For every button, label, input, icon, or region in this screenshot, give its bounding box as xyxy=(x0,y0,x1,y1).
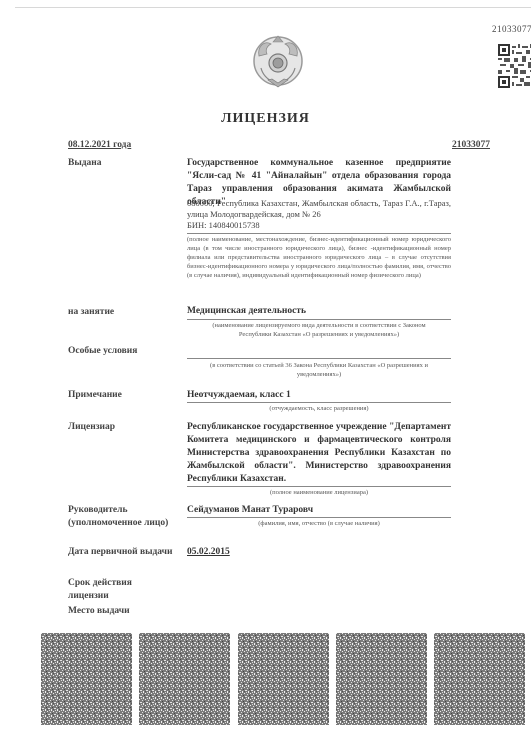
state-emblem-icon xyxy=(251,34,305,90)
document-title: ЛИЦЕНЗИЯ xyxy=(0,111,531,127)
note-value: Неотчуждаемая, класс 1 xyxy=(187,389,451,402)
barcode-icon xyxy=(238,633,329,725)
validity-label: Срок действия лицензии xyxy=(68,577,132,603)
barcode-icon xyxy=(41,633,132,725)
head-label-line2: (уполномоченное лицо) xyxy=(68,517,168,530)
validity-label-line1: Срок действия xyxy=(68,577,132,590)
special-conditions-rule xyxy=(187,358,451,359)
barcode-strip xyxy=(41,633,531,725)
activity-value: Медицинская деятельность xyxy=(187,305,451,318)
issued-to-hint: (полное наименование, местонахождение, б… xyxy=(187,235,451,280)
head-rule xyxy=(187,517,451,518)
issued-to-label: Выдана xyxy=(68,157,102,170)
barcode-icon xyxy=(336,633,427,725)
licensor-value: Республиканское государственное учрежден… xyxy=(187,421,451,486)
special-conditions-hint: (в соответствии со статьей 36 Закона Рес… xyxy=(187,361,451,379)
issued-to-rule xyxy=(187,233,451,234)
issued-to-bin: БИН: 140840015738 xyxy=(187,220,451,231)
head-label-line1: Руководитель xyxy=(68,504,168,517)
head-label: Руководитель (уполномоченное лицо) xyxy=(68,504,168,530)
licensor-hint: (полное наименование лицензиара) xyxy=(187,488,451,497)
head-value: Сейдуманов Манат Тураровч xyxy=(187,504,451,517)
validity-label-line2: лицензии xyxy=(68,590,132,603)
note-rule xyxy=(187,402,451,403)
note-label: Примечание xyxy=(68,389,122,402)
first-issue-label: Дата первичной выдачи xyxy=(68,546,173,559)
activity-hint: (наименование лицензируемого вида деятел… xyxy=(187,321,451,339)
barcode-icon xyxy=(139,633,230,725)
special-conditions-label: Особые условия xyxy=(68,345,137,358)
licensor-label: Лицензиар xyxy=(68,421,115,434)
issue-date: 08.12.2021 года xyxy=(68,140,131,150)
barcode-icon xyxy=(434,633,525,725)
place-label: Место выдачи xyxy=(68,605,130,618)
issued-to-address: 080000, Республика Казахстан, Жамбылская… xyxy=(187,198,451,220)
page-top-edge xyxy=(15,7,531,8)
head-hint: (фамилия, имя, отчество (в случае наличи… xyxy=(187,519,451,528)
qr-code-icon xyxy=(498,44,531,88)
corner-document-number: 21033077 xyxy=(492,24,531,34)
activity-rule xyxy=(187,319,451,320)
license-number: 21033077 xyxy=(452,140,490,150)
first-issue-value: 05.02.2015 xyxy=(187,546,451,559)
note-hint: (отчуждаемость, класс разрешения) xyxy=(187,404,451,413)
activity-label: на занятие xyxy=(68,306,114,319)
licensor-rule xyxy=(187,486,451,487)
